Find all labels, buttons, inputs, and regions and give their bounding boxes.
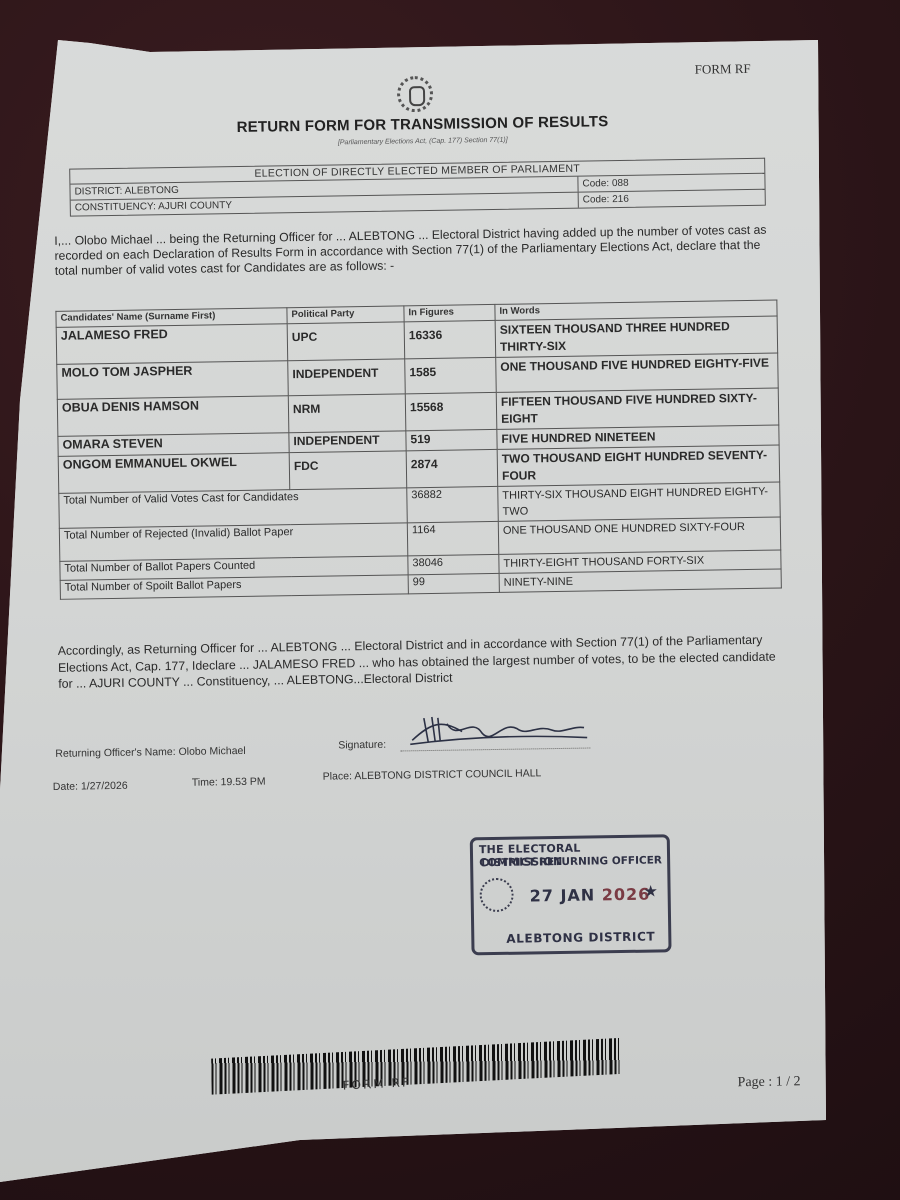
candidate-words: TWO THOUSAND EIGHT HUNDRED SEVENTY-FOUR — [497, 445, 780, 486]
candidate-party: NRM — [288, 394, 406, 433]
stamp-seal-icon — [479, 878, 514, 913]
candidate-name: MOLO TOM JASPHER — [57, 361, 289, 400]
candidate-name: JALAMESO FRED — [56, 324, 288, 365]
star-icon: ★ — [643, 881, 658, 900]
place-field: Place: ALEBTONG DISTRICT COUNCIL HALL — [323, 767, 542, 782]
electoral-commission-seal-icon — [397, 76, 434, 113]
barcode-text: FORM RF — [342, 1075, 411, 1092]
candidate-figures: 1585 — [405, 357, 497, 393]
signature-icon — [402, 709, 593, 752]
total-words: NINETY-NINE — [499, 569, 781, 592]
time-field: Time: 19.53 PM — [192, 776, 266, 789]
barcode-icon — [211, 1038, 621, 1095]
form-document: FORM RF RETURN FORM FOR TRANSMISSION OF … — [0, 0, 900, 1200]
candidate-words: FIFTEEN THOUSAND FIVE HUNDRED SIXTY-EIGH… — [496, 388, 779, 429]
total-figures: 38046 — [408, 554, 499, 574]
candidate-figures: 519 — [406, 429, 497, 450]
declaration-paragraph: Accordingly, as Returning Officer for ..… — [58, 631, 785, 692]
header-party: Political Party — [287, 306, 404, 324]
form-code-top: FORM RF — [695, 61, 751, 78]
candidate-words: ONE THOUSAND FIVE HUNDRED EIGHTY-FIVE — [496, 353, 779, 392]
total-figures: 36882 — [407, 486, 499, 522]
stamp-line2: DISTRICT RETURNING OFFICER — [481, 854, 662, 869]
total-words: ONE THOUSAND ONE HUNDRED SIXTY-FOUR — [498, 517, 780, 554]
date-field: Date: 1/27/2026 — [53, 780, 128, 793]
stamp-day-month: 27 JAN — [530, 885, 596, 905]
stamp-date: 27 JAN 2026 — [530, 885, 651, 906]
candidate-figures: 2874 — [406, 449, 498, 487]
returning-officer-name: Returning Officer's Name: Olobo Michael — [55, 745, 245, 760]
intro-paragraph: I,... Olobo Michael ... being the Return… — [54, 223, 771, 279]
candidate-name: OBUA DENIS HAMSON — [57, 396, 289, 437]
candidate-figures: 15568 — [405, 392, 497, 430]
candidate-party: INDEPENDENT — [288, 359, 406, 396]
district-code: Code: 088 — [577, 174, 764, 192]
form-subtitle: [Parliamentary Elections Act, (Cap. 177)… — [213, 135, 633, 149]
candidate-words: SIXTEEN THOUSAND THREE HUNDRED THIRTY-SI… — [495, 316, 778, 357]
candidate-party: FDC — [289, 451, 407, 490]
total-figures: 99 — [408, 573, 499, 593]
form-title: RETURN FORM FOR TRANSMISSION OF RESULTS — [212, 113, 632, 137]
total-words: THIRTY-SIX THOUSAND EIGHT HUNDRED EIGHTY… — [498, 482, 781, 521]
stamp-line3: ALEBTONG DISTRICT — [506, 930, 655, 946]
candidate-party: INDEPENDENT — [289, 431, 406, 453]
official-stamp: THE ELECTORAL COMMISSION DISTRICT RETURN… — [470, 834, 672, 955]
candidate-party: UPC — [287, 322, 405, 361]
results-table: Candidates' Name (Surname First) Politic… — [55, 300, 781, 600]
page-number: Page : 1 / 2 — [738, 1074, 801, 1091]
total-figures: 1164 — [407, 521, 499, 555]
election-info-box: ELECTION OF DIRECTLY ELECTED MEMBER OF P… — [69, 158, 766, 217]
header-figures: In Figures — [404, 304, 495, 321]
candidate-figures: 16336 — [404, 320, 496, 358]
total-label: Total Number of Rejected (Invalid) Ballo… — [59, 523, 407, 561]
candidate-name: ONGOM EMMANUEL OKWEL — [58, 453, 290, 494]
total-label: Total Number of Valid Votes Cast for Can… — [59, 488, 408, 528]
constituency-code: Code: 216 — [578, 190, 765, 208]
total-label: Total Number of Spoilt Ballot Papers — [60, 575, 408, 599]
signature-label: Signature: — [338, 739, 386, 752]
